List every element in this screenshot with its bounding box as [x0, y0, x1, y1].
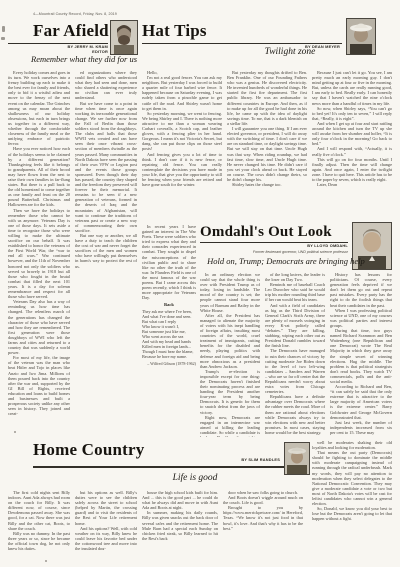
- home-country-author-photo: [284, 442, 310, 475]
- scan-artifact: [2, 26, 5, 32]
- newspaper-page: 4—Mountrail County Record, Friday, Nov. …: [0, 0, 400, 567]
- poem-title: Back: [142, 302, 196, 307]
- omdahl-tagline: Former lieutenant governor, UND politica…: [150, 250, 348, 254]
- home-country-title: Home Country: [33, 441, 144, 459]
- hat-tips-headline: Twilight zone: [210, 47, 370, 57]
- scan-artifact: [45, 560, 47, 562]
- omdahl-column-3: History has lessons for politicians. Of …: [330, 272, 392, 437]
- scan-artifact: [1, 37, 5, 40]
- home-country-headline: Life is good: [60, 473, 330, 483]
- home-country-rule: [33, 466, 305, 468]
- omdahl-column-1: In an ordinary election we could say tha…: [200, 272, 260, 437]
- omdahl-byline: BY LLOYD OMDAHL: [200, 244, 348, 249]
- hat-tips-column-1: Hello,I'm not a real good fencer. You ca…: [142, 70, 222, 218]
- poem-back: They ask me where I've been, And what I'…: [142, 309, 196, 359]
- far-afield-headline: Remember what they did for us: [8, 54, 160, 64]
- randles-portrait: [285, 443, 309, 474]
- omdahl-column-2: of the long knives, the leader is the lo…: [265, 272, 325, 437]
- home-country-column-3: house the high school kids built for him…: [142, 490, 218, 550]
- far-afield-title: Far Afield: [33, 22, 109, 40]
- poem-attribution: – Wilfred Gibson (1878-1962): [142, 361, 196, 366]
- hat-tips-title: Hat Tips: [142, 22, 207, 40]
- far-afield-author-photo: [110, 20, 138, 55]
- home-country-column-1: The first cold nights sent Billy indoors…: [8, 490, 70, 550]
- kram-portrait: [111, 21, 137, 54]
- far-afield-column-2: ed organizations where they could find o…: [75, 70, 137, 437]
- omdahl-column-4: well be moderates shaking their old loya…: [312, 440, 392, 564]
- omdahl-headline: Hold on, Trump; Democrats are bringing h…: [180, 256, 392, 266]
- omdahl-title: Omdahl's Out Look: [200, 224, 332, 240]
- home-country-byline: BY SLIM RANDLES: [150, 458, 280, 463]
- hat-tips-column-2: But yesterday my thoughts drifted to Ben…: [227, 70, 307, 218]
- home-country-column-2: but his options as well. Billy's duties …: [75, 490, 137, 550]
- far-afield-column-1: Every holiday comes and goes in its turn…: [8, 70, 70, 437]
- home-country-column-4: door when he saw folks going to church.A…: [223, 490, 303, 550]
- page-masthead: 4—Mountrail County Record, Friday, Nov. …: [33, 12, 233, 16]
- hat-tips-column-3: Because I just can't let it go. You see,…: [312, 70, 392, 218]
